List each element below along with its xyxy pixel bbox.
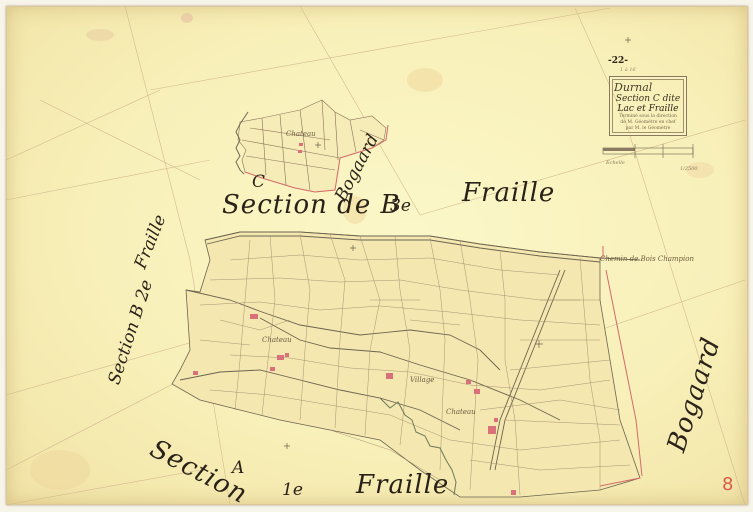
label-fraille-bottom: Fraille [356,470,449,500]
scale-label-right: 1/2500 [680,166,698,172]
label-road-east: Chemin de Bois Champion [600,255,694,263]
lieu-dit: Lac et Fraille [614,104,682,114]
label-section-b3: Section de B [222,190,401,220]
section-title: Section C dite [614,94,682,104]
label-hamlet-top: Chateau [286,130,316,138]
label-hamlet-east: Chateau [446,408,476,416]
scale-bar[interactable] [603,144,693,158]
label-section-a-letter: A [232,458,244,478]
title-cartouche: Durnal Section C dite Lac et Fraille Ter… [609,76,687,136]
label-hamlet-west: Chateau [262,336,292,344]
scale-label-left: Echelle [606,160,625,166]
label-section-b3-prefix: C [252,172,265,192]
commune-name: Durnal [614,81,682,94]
label-fraille-top: Fraille [462,178,555,208]
cartouche-note-3: par M. le Géomètre [614,126,682,132]
label-section-b3-suffix: 3e [390,196,411,216]
label-hamlet-center: Village [410,376,434,384]
label-section-a-1: 1e [282,480,303,500]
page-stamp: 8 [722,474,733,495]
sheet-subtitle: 1 à 16 [620,67,636,73]
sheet-number: -22- [608,56,628,66]
